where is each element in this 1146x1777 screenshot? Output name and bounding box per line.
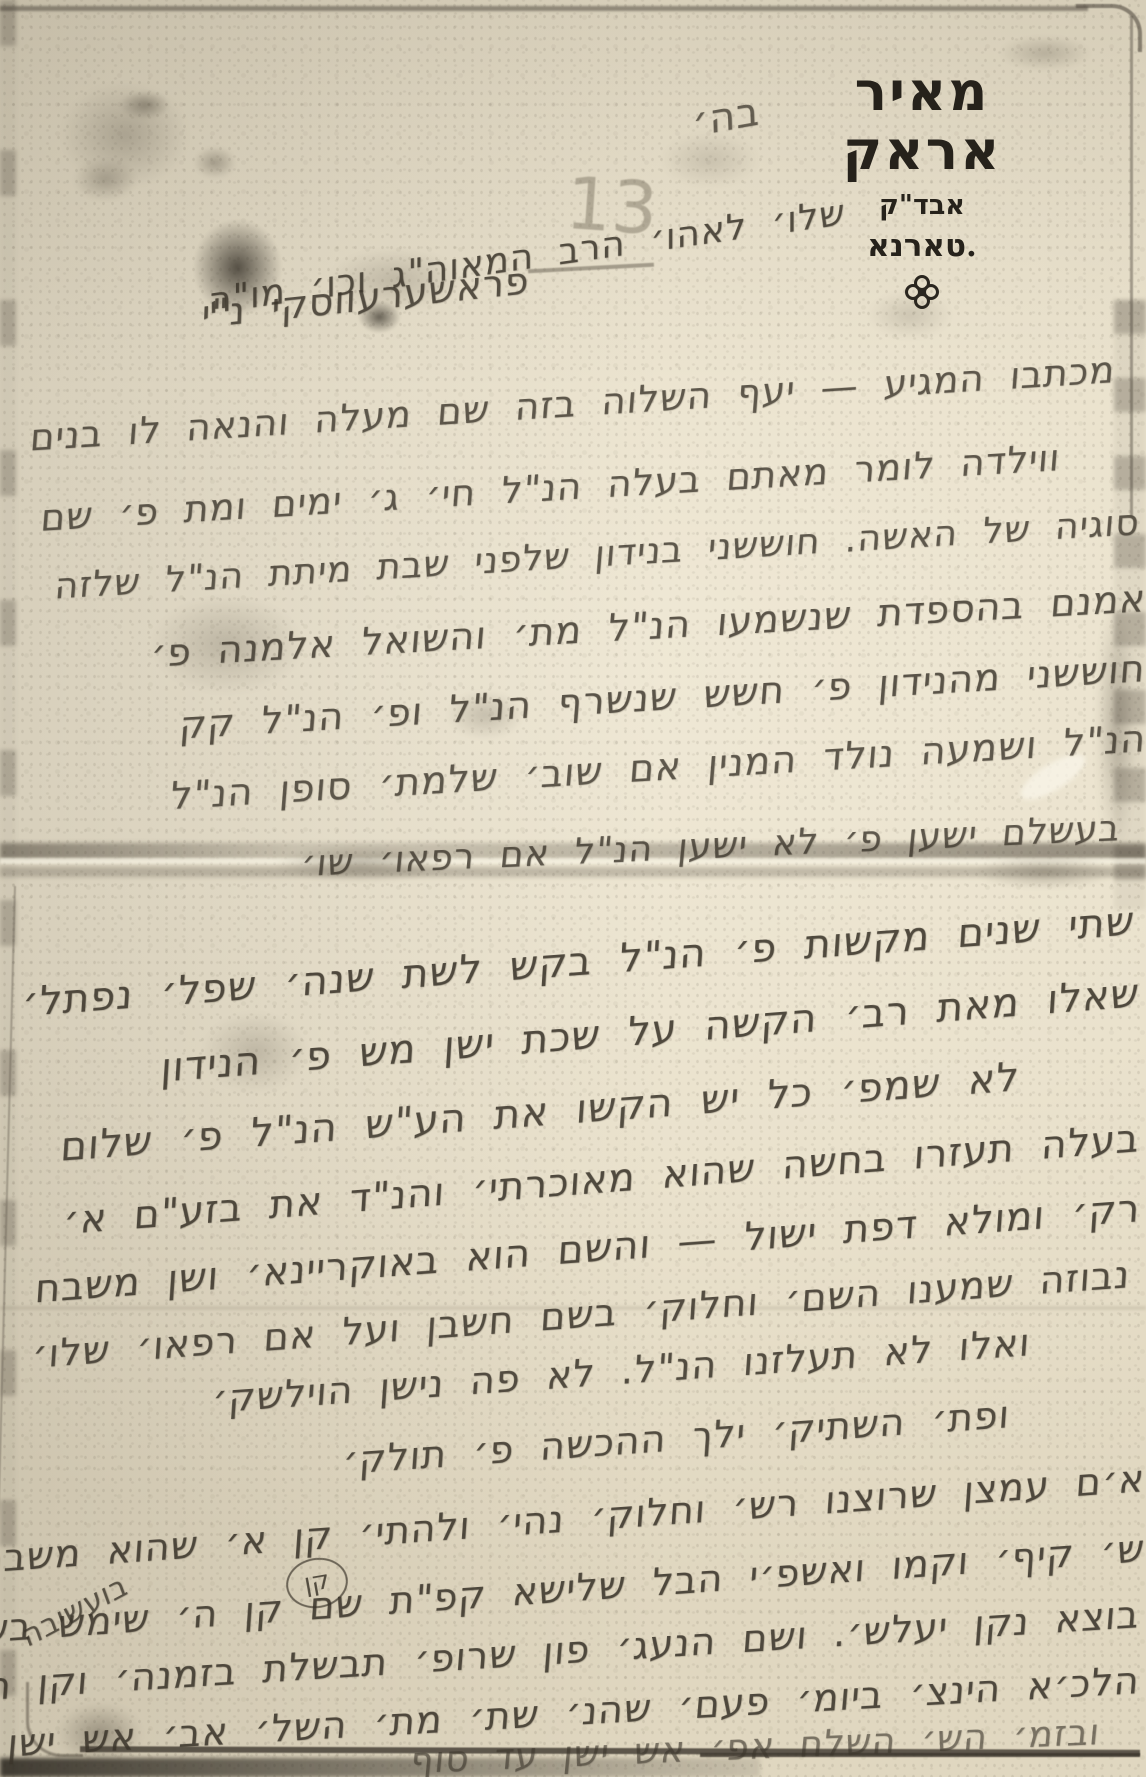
rosette-ornament-icon <box>784 272 1060 314</box>
scanned-letter-page: מאיר אראק אבד"ק טארנא. 13 בה׳ שלו׳ לאהו׳… <box>0 0 1146 1777</box>
blessing-mark: בה׳ <box>691 88 760 146</box>
scan-edge-left-smudge <box>0 0 16 1777</box>
handwritten-line: ופת׳ השתיק׳ ילך ההכשה פ׳ תולק׳ <box>341 1392 1012 1483</box>
stain <box>110 85 180 125</box>
scan-edge-top <box>0 6 1088 11</box>
scan-edge-right <box>1130 16 1133 516</box>
letterhead-name: מאיר אראק <box>784 62 1060 181</box>
stain <box>60 150 150 210</box>
scan-corner-top-right <box>1076 4 1142 52</box>
handwritten-line: בעשלם ישען פ׳ לא ישען הנ"ל אם רפאו׳ שו׳ <box>299 808 1122 885</box>
stain <box>35 60 215 210</box>
stain <box>185 140 245 185</box>
letterhead: מאיר אראק אבד"ק טארנא. <box>784 62 1060 314</box>
